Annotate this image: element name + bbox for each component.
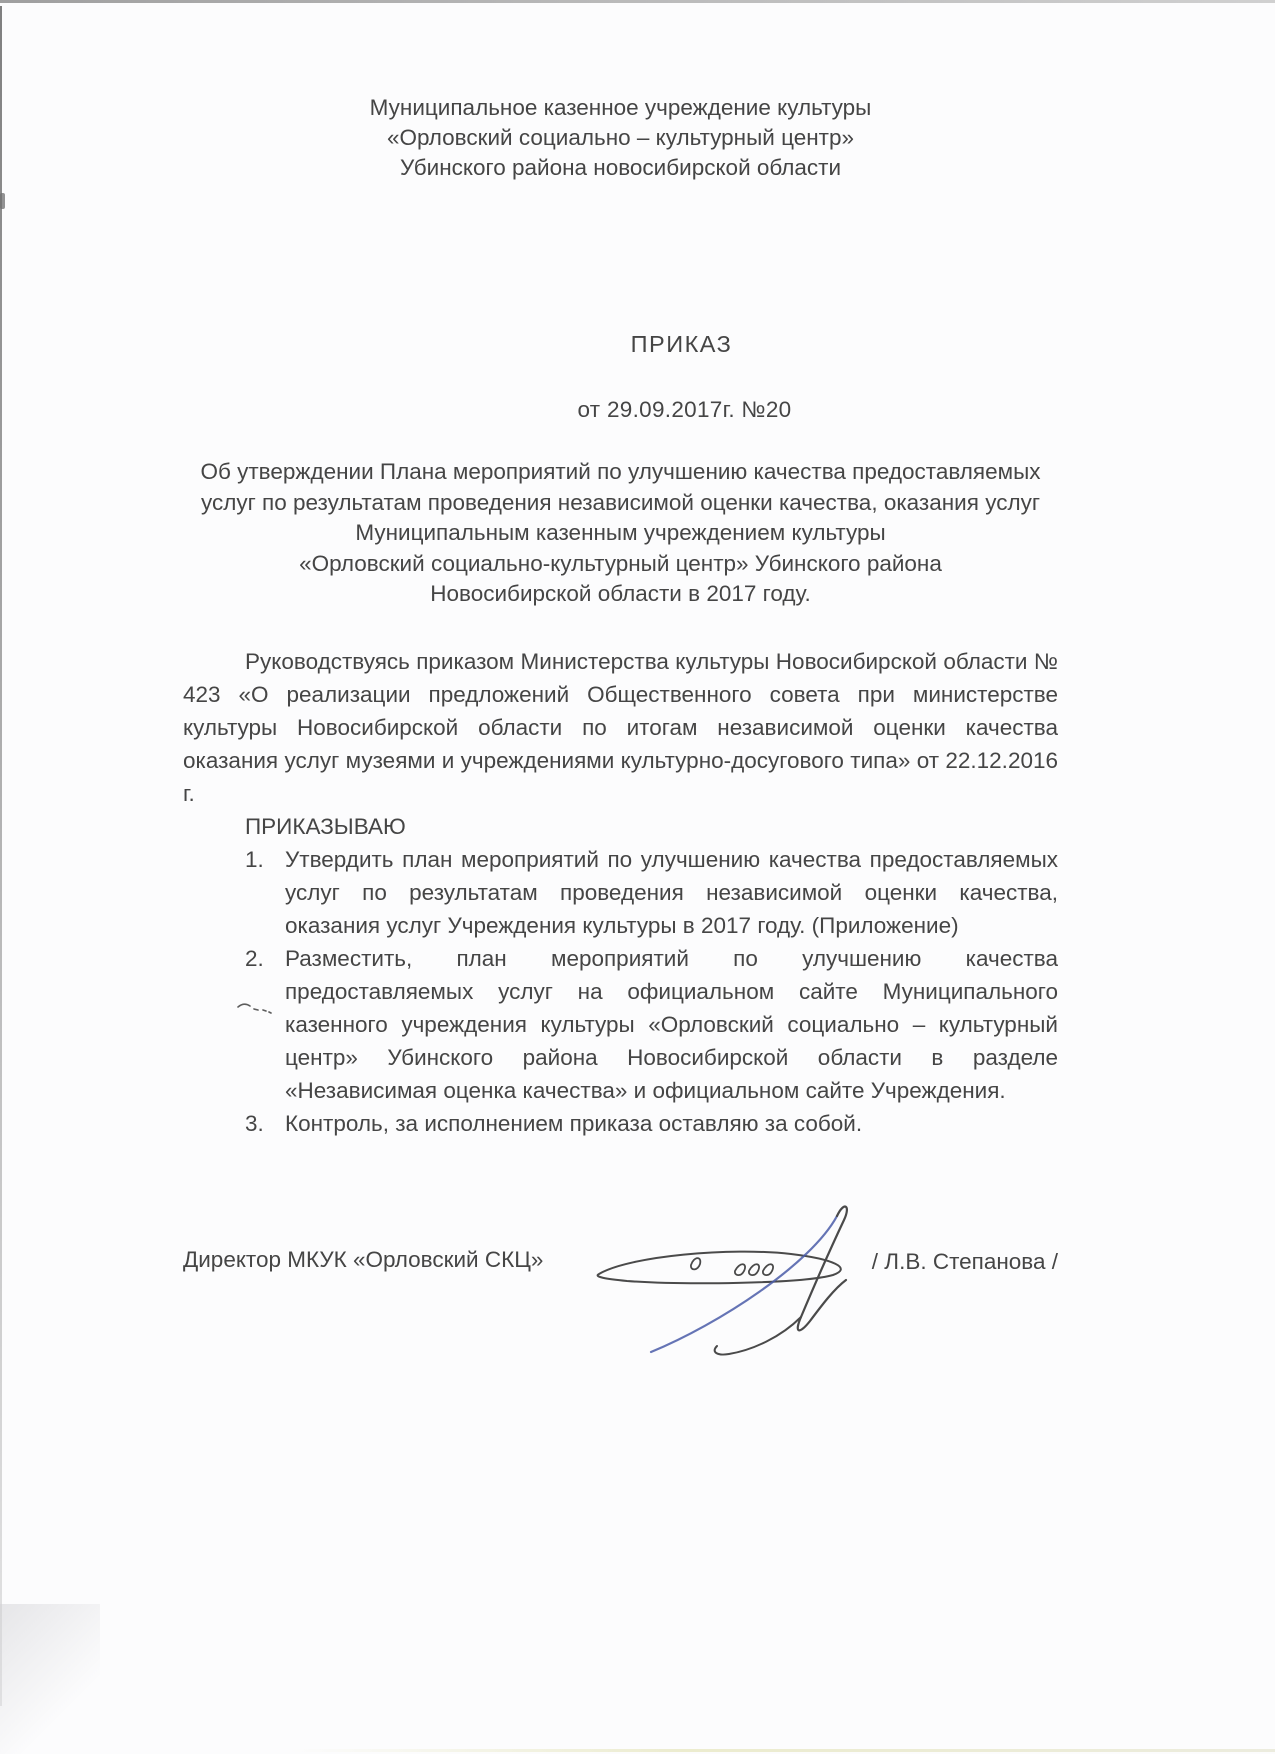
scan-edge-bottom	[290, 1749, 1275, 1752]
order-item-number: 3.	[245, 1107, 285, 1140]
scan-edge-mark	[0, 193, 5, 209]
letterhead-line: Убинского района новосибирской области	[183, 153, 1058, 183]
document-body: Руководствуясь приказом Министерства кул…	[183, 645, 1058, 1140]
subject-line: Муниципальным казенным учреждением культ…	[183, 518, 1058, 549]
scan-corner-shade	[0, 1604, 100, 1754]
preamble-paragraph: Руководствуясь приказом Министерства кул…	[183, 645, 1058, 810]
signature-block: Директор МКУК «Орловский СКЦ» / Л.В. Сте…	[183, 1247, 1058, 1273]
document-date-number: от 29.09.2017г. №20	[183, 397, 1058, 423]
scan-edge-left	[0, 6, 2, 1706]
prikazyvayu-word: ПРИКАЗЫВАЮ	[245, 810, 1058, 843]
document-title: ПРИКАЗ	[183, 331, 1058, 358]
subject-line: «Орловский социально-культурный центр» У…	[183, 549, 1058, 580]
scan-edge-top	[0, 0, 1275, 3]
order-item-text: Контроль, за исполнением приказа оставля…	[285, 1107, 1058, 1140]
signature-name: / Л.В. Степанова /	[872, 1249, 1058, 1275]
document-subject: Об утверждении Плана мероприятий по улуч…	[183, 457, 1058, 610]
order-item-number: 1.	[245, 843, 285, 942]
order-item: 2. Разместить, план мероприятий по улучш…	[245, 942, 1058, 1107]
order-item: 3. Контроль, за исполнением приказа оста…	[245, 1107, 1058, 1140]
order-item-text: Разместить, план мероприятий по улучшени…	[285, 942, 1058, 1107]
subject-line: Об утверждении Плана мероприятий по улуч…	[183, 457, 1058, 488]
letterhead-line: «Орловский социально – культурный центр»	[183, 123, 1058, 153]
signature-position-label: Директор МКУК «Орловский СКЦ»	[183, 1247, 543, 1272]
order-item-number: 2.	[245, 942, 285, 1107]
subject-line: услуг по результатам проведения независи…	[183, 488, 1058, 519]
document-page: Муниципальное казенное учреждение культу…	[0, 0, 1275, 1754]
letterhead: Муниципальное казенное учреждение культу…	[183, 93, 1058, 183]
order-item-text: Утвердить план мероприятий по улучшению …	[285, 843, 1058, 942]
subject-line: Новосибирской области в 2017 году.	[183, 579, 1058, 610]
letterhead-line: Муниципальное казенное учреждение культу…	[183, 93, 1058, 123]
order-item: 1. Утвердить план мероприятий по улучшен…	[245, 843, 1058, 942]
handwritten-signature-icon	[533, 1192, 873, 1363]
